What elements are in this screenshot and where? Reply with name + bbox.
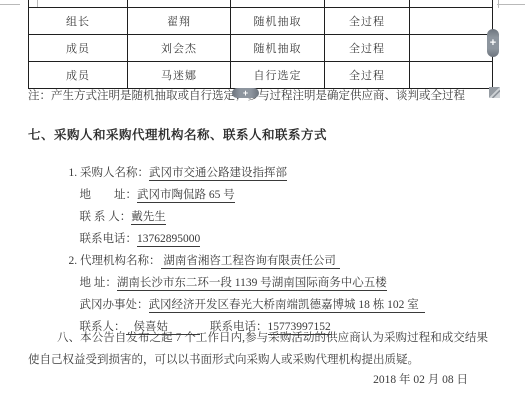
- section-eight-paragraph: 八、本公告自发布之起 7 个工作日内,参与采购活动的供应商认为采购过程和成交结果…: [28, 327, 488, 371]
- add-column-button[interactable]: +: [487, 29, 499, 57]
- table-cell-name: 翟翔: [128, 8, 231, 35]
- ruler-mark-right: [497, 4, 525, 5]
- table-cell-empty: [410, 35, 493, 62]
- table-cell-method: 随机抽取: [231, 35, 325, 62]
- table-cell-role: 成员: [29, 35, 128, 62]
- table-row: 成员 刘会杰 随机抽取 全过程: [29, 35, 493, 62]
- table-cell-method: 自行选定: [231, 62, 325, 89]
- plus-icon: +: [490, 37, 496, 49]
- table-row: 成员 马迷娜 自行选定 全过程: [29, 62, 493, 89]
- table-cell-role: 成员: [29, 62, 128, 89]
- ruler-mark-left: [0, 4, 20, 5]
- section-seven-heading: 七、采购人和采购代理机构名称、联系人和联系方式: [28, 128, 327, 142]
- plus-icon: +: [243, 88, 248, 98]
- table-cell-empty: [410, 62, 493, 89]
- add-row-button[interactable]: +: [232, 88, 259, 98]
- ruler-mark-right-edge: [498, 0, 499, 8]
- document-page: 组长 翟翔 随机抽取 全过程 成员 刘会杰 随机抽取 全过程 成员 马迷娜 自行…: [0, 0, 525, 409]
- table-cell-stage: 全过程: [325, 35, 410, 62]
- table-cell-stage: 全过程: [325, 8, 410, 35]
- evaluation-table: 组长 翟翔 随机抽取 全过程 成员 刘会杰 随机抽取 全过程 成员 马迷娜 自行…: [28, 0, 493, 89]
- table-cell-empty: [410, 8, 493, 35]
- table-row-cropped: [29, 0, 493, 8]
- table-cell-method: 随机抽取: [231, 8, 325, 35]
- table-row: 组长 翟翔 随机抽取 全过程: [29, 8, 493, 35]
- table-cell-name: 刘会杰: [128, 35, 231, 62]
- table-cell-name: 马迷娜: [128, 62, 231, 89]
- table-cell-role: 组长: [29, 8, 128, 35]
- table-cell-stage: 全过程: [325, 62, 410, 89]
- announcement-date: 2018 年 02 月 08 日: [28, 371, 468, 387]
- table-resize-handle-icon[interactable]: [489, 87, 500, 98]
